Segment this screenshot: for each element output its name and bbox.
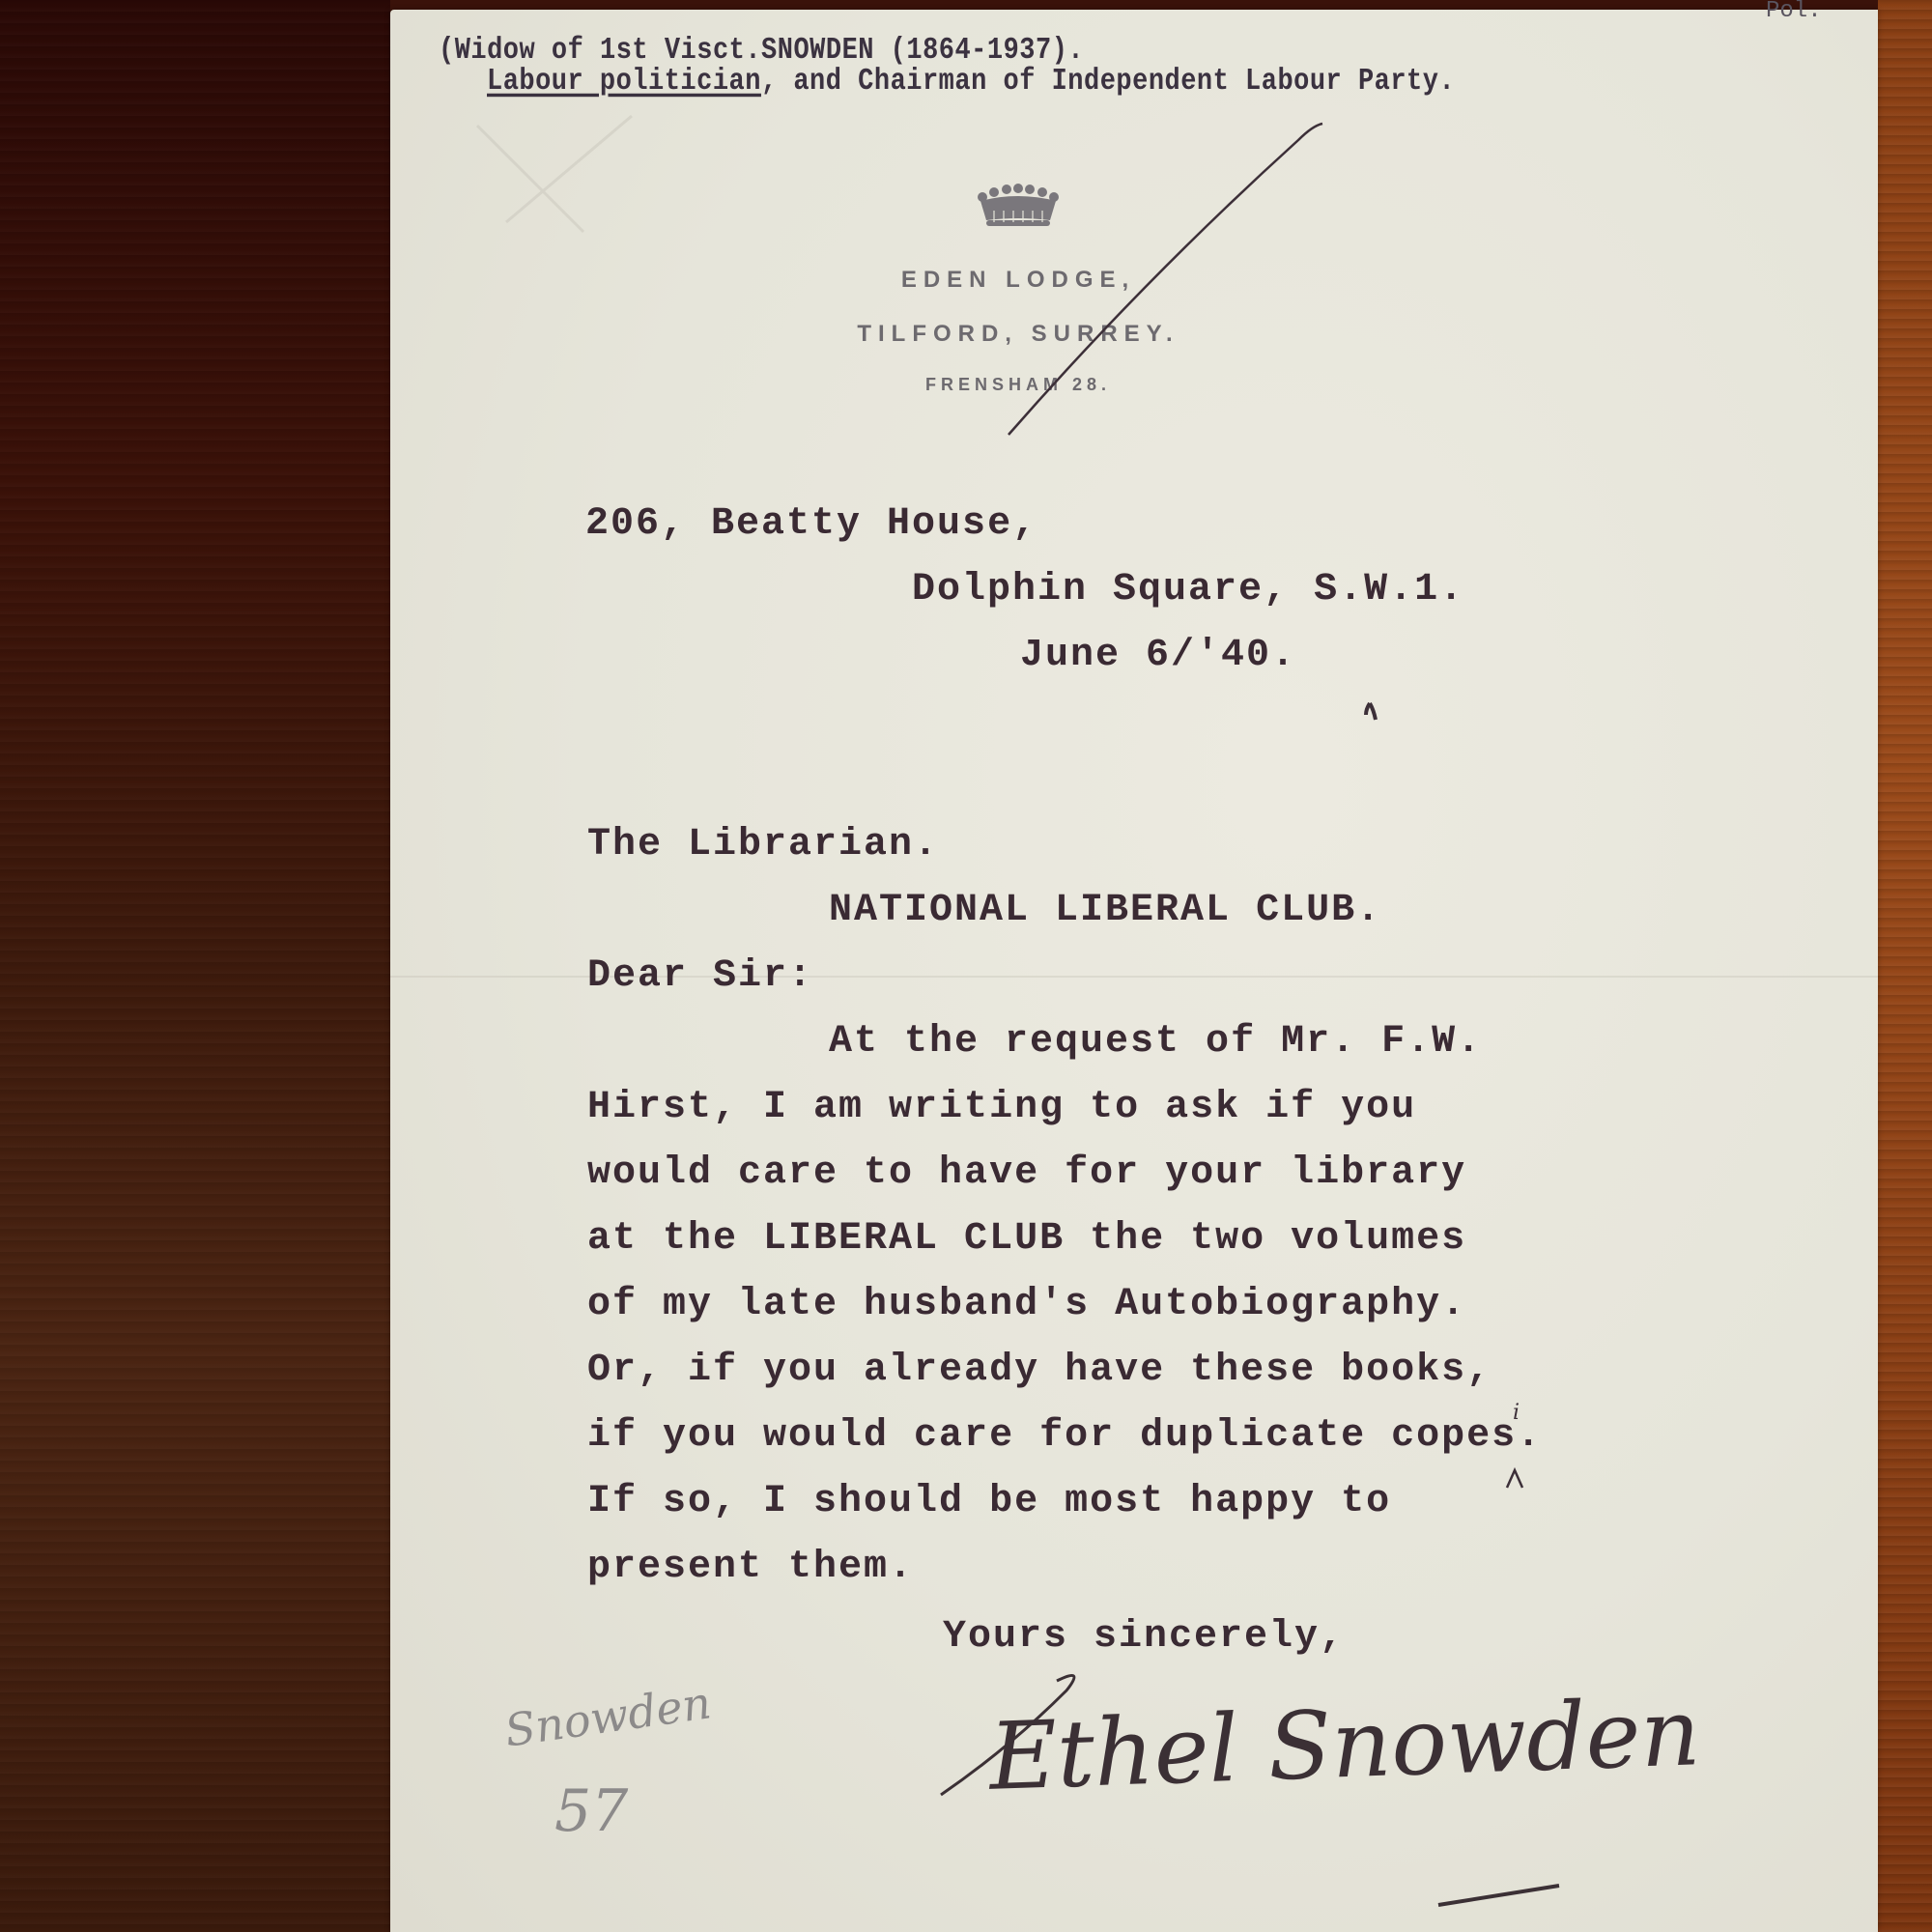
correction-mark: i <box>1513 1401 1520 1425</box>
body-line: present them. <box>587 1546 914 1589</box>
signature: Ethel Snowden <box>987 1678 1702 1811</box>
wood-table-right <box>1878 0 1932 1932</box>
wood-table-left <box>0 0 390 1932</box>
body-line: of my late husband's Autobiography. <box>587 1283 1466 1326</box>
letter-date: June 6/'40. <box>1020 634 1296 677</box>
body-line: Or, if you already have these books, <box>587 1349 1492 1392</box>
coronet-icon <box>975 184 1062 228</box>
caption-rest: , and Chairman of Independent Labour Par… <box>761 66 1455 99</box>
letter-paper: Pol. (Widow of 1st Visct.SNOWDEN (1864-1… <box>390 10 1878 1932</box>
letterhead-line-2: TILFORD, SURREY. <box>748 321 1289 348</box>
pencil-note-number: 57 <box>554 1777 628 1845</box>
corner-note: Pol. <box>1766 0 1822 24</box>
letterhead: EDEN LODGE, TILFORD, SURREY. FRENSHAM 28… <box>748 184 1289 395</box>
paper-crease-mark <box>468 106 641 241</box>
body-line: at the LIBERAL CLUB the two volumes <box>587 1217 1466 1261</box>
body-line: At the request of Mr. F.W. <box>829 1020 1482 1064</box>
body-line: if you would care for duplicate copes. <box>587 1414 1542 1458</box>
letterhead-line-3: FRENSHAM 28. <box>748 375 1289 395</box>
pencil-note-name: Snowden <box>501 1676 714 1756</box>
body-line: Hirst, I am writing to ask if you <box>587 1086 1416 1129</box>
address-line-1: 206, Beatty House, <box>585 502 1037 546</box>
recipient-line-2: NATIONAL LIBERAL CLUB. <box>829 889 1381 932</box>
letterhead-line-1: EDEN LODGE, <box>748 267 1289 294</box>
body-line: would care to have for your library <box>587 1151 1466 1195</box>
caption-underlined: Labour politician <box>487 66 761 99</box>
salutation: Dear Sir: <box>587 954 813 998</box>
address-line-2: Dolphin Square, S.W.1. <box>912 568 1464 611</box>
wood-table-top <box>390 0 1878 10</box>
body-line: If so, I should be most happy to <box>587 1480 1391 1523</box>
caption-line-2: Labour politician, and Chairman of Indep… <box>487 66 1455 99</box>
caption-line-1: (Widow of 1st Visct.SNOWDEN (1864-1937). <box>439 35 1084 69</box>
closing: Yours sincerely, <box>943 1615 1345 1659</box>
recipient-line-1: The Librarian. <box>587 823 939 867</box>
